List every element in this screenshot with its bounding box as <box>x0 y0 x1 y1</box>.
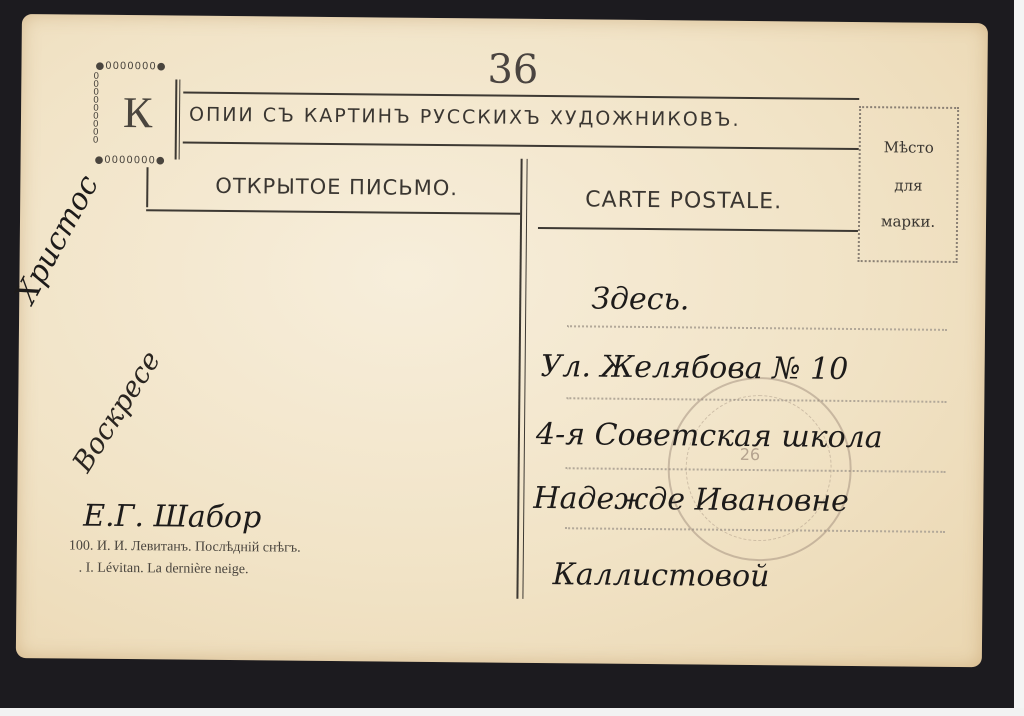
heading-russian: ОТКРЫТОЕ ПИСЬМО. <box>215 174 458 200</box>
archive-number: 36 <box>487 46 538 92</box>
header-rule-bottom <box>183 142 859 150</box>
stamp-placeholder: Мѣсто для марки. <box>858 106 959 263</box>
left-heading-rule <box>146 209 520 215</box>
left-heading-bracket <box>146 167 148 207</box>
stamp-label-line2: для <box>860 176 956 195</box>
center-divider <box>516 159 522 599</box>
center-divider-2 <box>522 159 527 599</box>
emblem-letter: К <box>123 87 153 138</box>
postmark-inner-ring <box>685 394 832 541</box>
emblem-divider <box>175 79 178 159</box>
caption-french: . I. Lévitan. La dernière neige. <box>79 561 249 579</box>
right-heading-rule <box>538 227 858 232</box>
header-rule-top <box>183 92 859 100</box>
caption-russian: 100. И. И. Левитанъ. Послѣднiй снѣгъ. <box>69 538 301 556</box>
stamp-label-line1: Мѣсто <box>861 138 957 157</box>
address-recipient-name: Надежде Ивановне <box>533 481 849 519</box>
address-line-1 <box>567 325 947 331</box>
stamp-label-line3: марки. <box>860 212 956 231</box>
scan-edge-bottom <box>0 708 1024 716</box>
postcard-back: 36 ●0000000● 000000000 ●0000000● К ОПИИ … <box>16 14 988 667</box>
series-title: ОПИИ СЪ КАРТИНЪ РУССКИХЪ ХУДОЖНИКОВЪ. <box>189 104 741 131</box>
signature: Е.Г. Шабор <box>83 499 261 536</box>
address-recipient-surname: Каллистовой <box>552 557 769 594</box>
emblem-dots-left: 000000000 <box>93 73 102 145</box>
greeting-line-2: Воскресе <box>66 345 167 478</box>
scan-edge-right <box>1014 0 1024 716</box>
address-city: Здесь. <box>591 281 689 317</box>
address-street: Ул. Желябова № 10 <box>540 349 848 387</box>
emblem-dots-top: ●0000000● <box>95 61 166 73</box>
postmark: 26 <box>667 376 853 562</box>
emblem-dots-bottom: ●0000000● <box>95 155 166 167</box>
emblem-divider-2 <box>179 80 181 160</box>
greeting-line-1: Христос <box>8 169 106 309</box>
address-school: 4-я Советская школа <box>536 417 883 455</box>
heading-french: CARTE POSTALE. <box>585 187 782 214</box>
